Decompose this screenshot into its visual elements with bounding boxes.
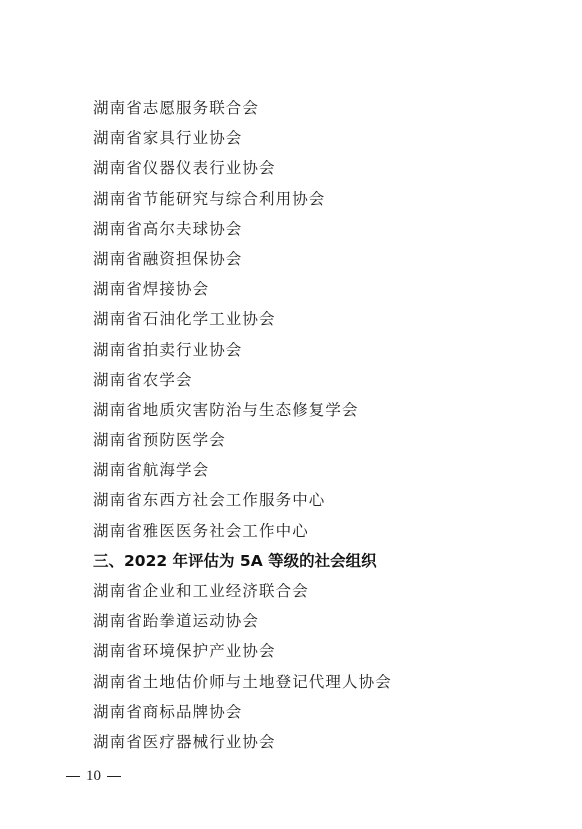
list-item: 湖南省医疗器械行业协会	[93, 727, 392, 757]
list-item: 湖南省预防医学会	[93, 425, 392, 455]
section-heading: 三、2022 年评估为 5A 等级的社会组织	[93, 546, 392, 576]
list-item: 湖南省节能研究与综合利用协会	[93, 184, 392, 214]
dash-right	[107, 776, 121, 777]
list-item: 湖南省地质灾害防治与生态修复学会	[93, 395, 392, 425]
list-item: 湖南省高尔夫球协会	[93, 214, 392, 244]
list-item: 湖南省焊接协会	[93, 274, 392, 304]
list-item: 湖南省石油化学工业协会	[93, 304, 392, 334]
dash-left	[66, 776, 80, 777]
list-item: 湖南省拍卖行业协会	[93, 335, 392, 365]
list-item: 湖南省农学会	[93, 365, 392, 395]
list-item: 湖南省环境保护产业协会	[93, 636, 392, 666]
list-item: 湖南省航海学会	[93, 455, 392, 485]
organization-list: 湖南省志愿服务联合会 湖南省家具行业协会 湖南省仪器仪表行业协会 湖南省节能研究…	[93, 93, 392, 757]
list-item: 湖南省融资担保协会	[93, 244, 392, 274]
document-page: 湖南省志愿服务联合会 湖南省家具行业协会 湖南省仪器仪表行业协会 湖南省节能研究…	[0, 0, 582, 829]
page-number: 10	[86, 768, 101, 784]
list-item: 湖南省跆拳道运动协会	[93, 606, 392, 636]
list-item: 湖南省东西方社会工作服务中心	[93, 485, 392, 515]
list-item: 湖南省仪器仪表行业协会	[93, 153, 392, 183]
list-item: 湖南省商标品牌协会	[93, 697, 392, 727]
list-item: 湖南省土地估价师与土地登记代理人协会	[93, 667, 392, 697]
list-item: 湖南省家具行业协会	[93, 123, 392, 153]
page-footer: 10	[60, 768, 127, 785]
list-item: 湖南省雅医医务社会工作中心	[93, 516, 392, 546]
list-item: 湖南省志愿服务联合会	[93, 93, 392, 123]
list-item: 湖南省企业和工业经济联合会	[93, 576, 392, 606]
